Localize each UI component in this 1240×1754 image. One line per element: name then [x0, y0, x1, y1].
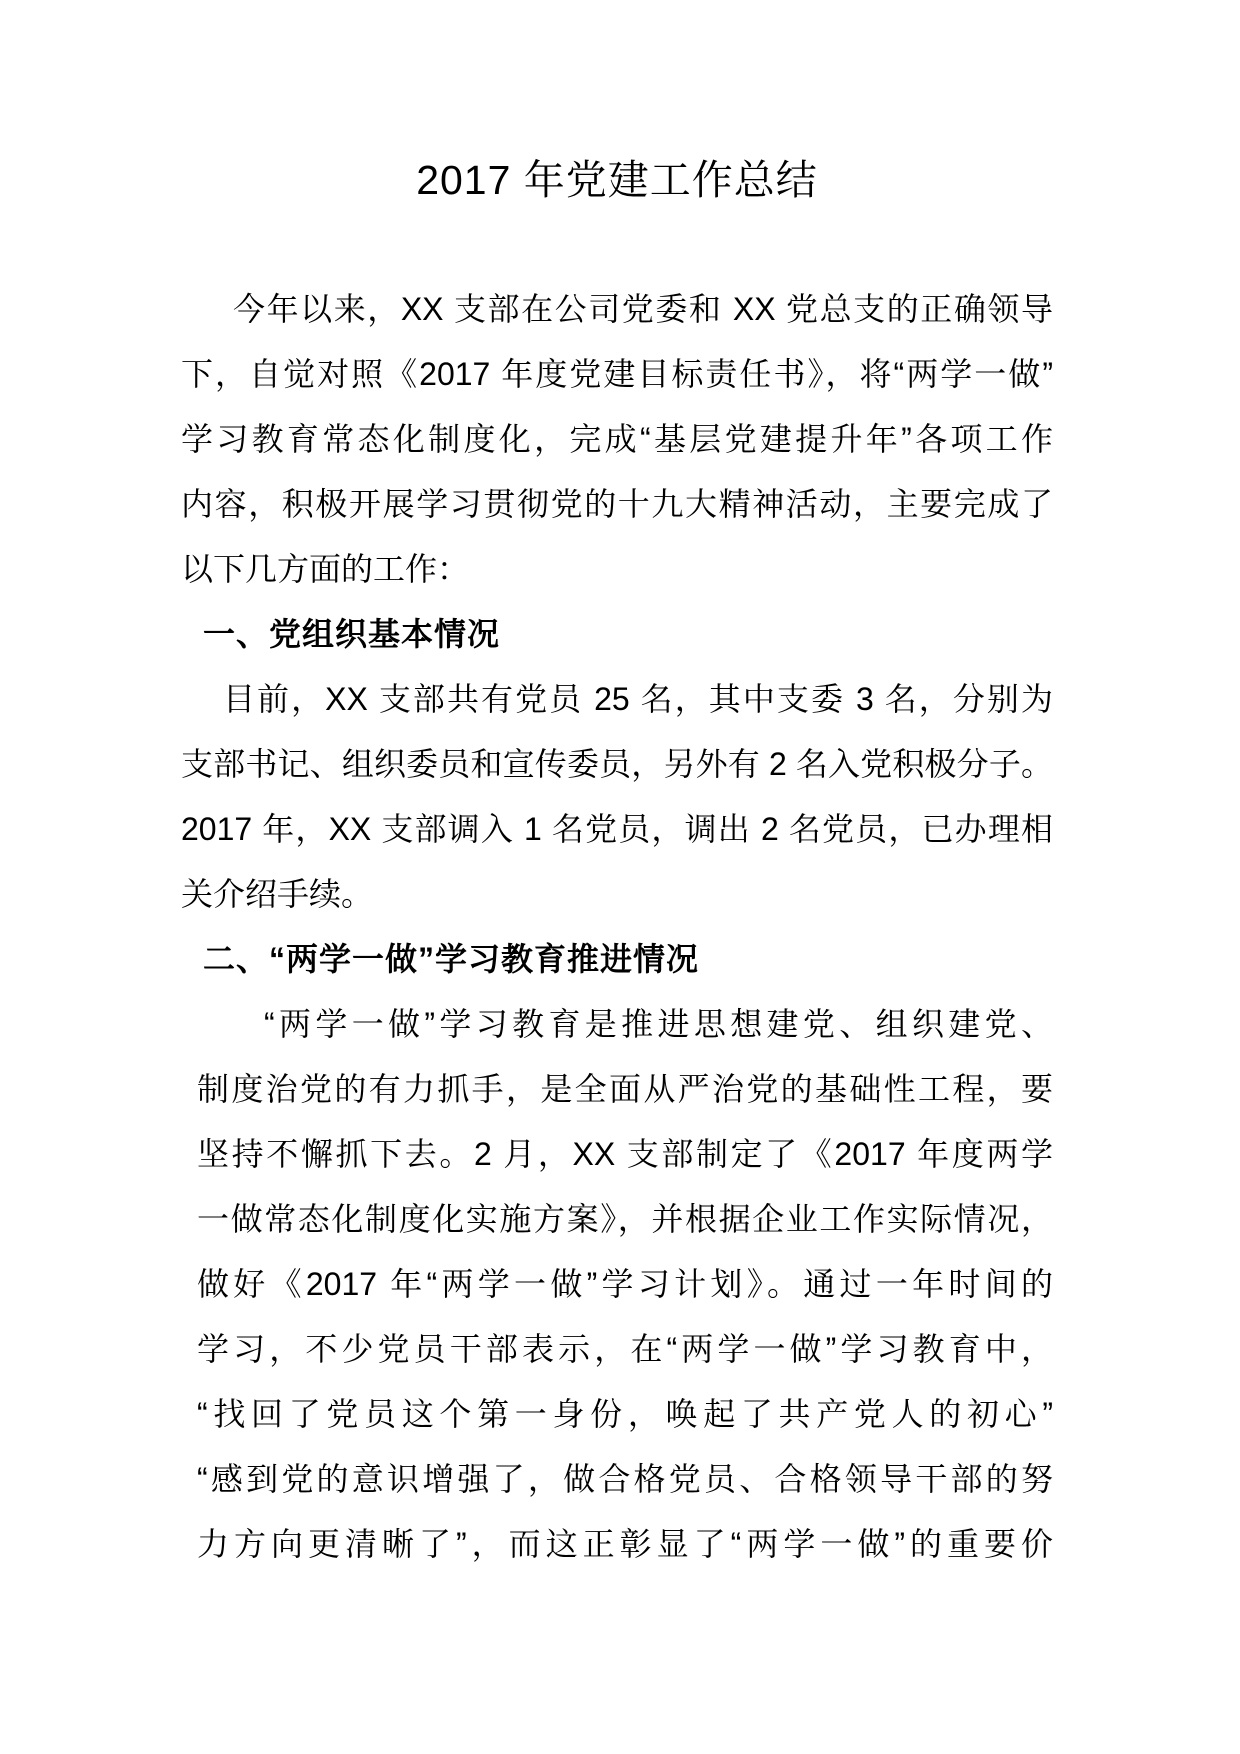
text-line: 一做常态化制度化实施方案》，并根据企业工作实际情况， — [197, 1187, 1053, 1252]
text-line: 内容，积极开展学习贯彻党的十九大精神活动，主要完成了 — [181, 472, 1053, 537]
text-line: 2017 年，XX 支部调入 1 名党员，调出 2 名党员，已办理相 — [181, 797, 1053, 862]
text-line: 以下几方面的工作： — [181, 537, 1053, 602]
heading-line: 二、“两学一做”学习教育推进情况 — [181, 927, 1053, 992]
document-body: 今年以来，XX 支部在公司党委和 XX 党总支的正确领导下，自觉对照《2017 … — [181, 277, 1053, 1577]
text-line: 学习教育常态化制度化，完成“基层党建提升年”各项工作 — [181, 407, 1053, 472]
text-line: 做好《2017 年“两学一做”学习计划》。通过一年时间的 — [197, 1252, 1053, 1317]
text-line: 关介绍手续。 — [181, 862, 1053, 927]
text-line: “两学一做”学习教育是推进思想建党、组织建党、 — [197, 992, 1053, 1057]
heading-section-1: 一、党组织基本情况 — [181, 602, 1053, 667]
text-line: 下，自觉对照《2017 年度党建目标责任书》，将“两学一做” — [181, 342, 1053, 407]
document-page: 2017 年党建工作总结 今年以来，XX 支部在公司党委和 XX 党总支的正确领… — [0, 0, 1240, 1754]
intro-paragraph: 今年以来，XX 支部在公司党委和 XX 党总支的正确领导下，自觉对照《2017 … — [181, 277, 1053, 602]
text-line: 今年以来，XX 支部在公司党委和 XX 党总支的正确领导 — [181, 277, 1053, 342]
section-1-paragraph: 目前，XX 支部共有党员 25 名，其中支委 3 名，分别为支部书记、组织委员和… — [181, 667, 1053, 927]
text-line: 学习，不少党员干部表示，在“两学一做”学习教育中， — [197, 1317, 1053, 1382]
document-title: 2017 年党建工作总结 — [181, 150, 1053, 210]
text-line: 制度治党的有力抓手，是全面从严治党的基础性工程，要 — [197, 1057, 1053, 1122]
text-line: 坚持不懈抓下去。2 月，XX 支部制定了《2017 年度两学 — [197, 1122, 1053, 1187]
text-line: 目前，XX 支部共有党员 25 名，其中支委 3 名，分别为 — [181, 667, 1053, 732]
heading-section-2: 二、“两学一做”学习教育推进情况 — [181, 927, 1053, 992]
text-line: “找回了党员这个第一身份，唤起了共产党人的初心” — [197, 1382, 1053, 1447]
text-line: “感到党的意识增强了，做合格党员、合格领导干部的努 — [197, 1447, 1053, 1512]
heading-line: 一、党组织基本情况 — [181, 602, 1053, 667]
text-line: 力方向更清晰了”，而这正彰显了“两学一做”的重要价 — [197, 1512, 1053, 1577]
document-content: 2017 年党建工作总结 今年以来，XX 支部在公司党委和 XX 党总支的正确领… — [181, 150, 1053, 1577]
text-line: 支部书记、组织委员和宣传委员，另外有 2 名入党积极分子。 — [181, 732, 1053, 797]
section-2-paragraph: “两学一做”学习教育是推进思想建党、组织建党、制度治党的有力抓手，是全面从严治党… — [197, 992, 1053, 1577]
